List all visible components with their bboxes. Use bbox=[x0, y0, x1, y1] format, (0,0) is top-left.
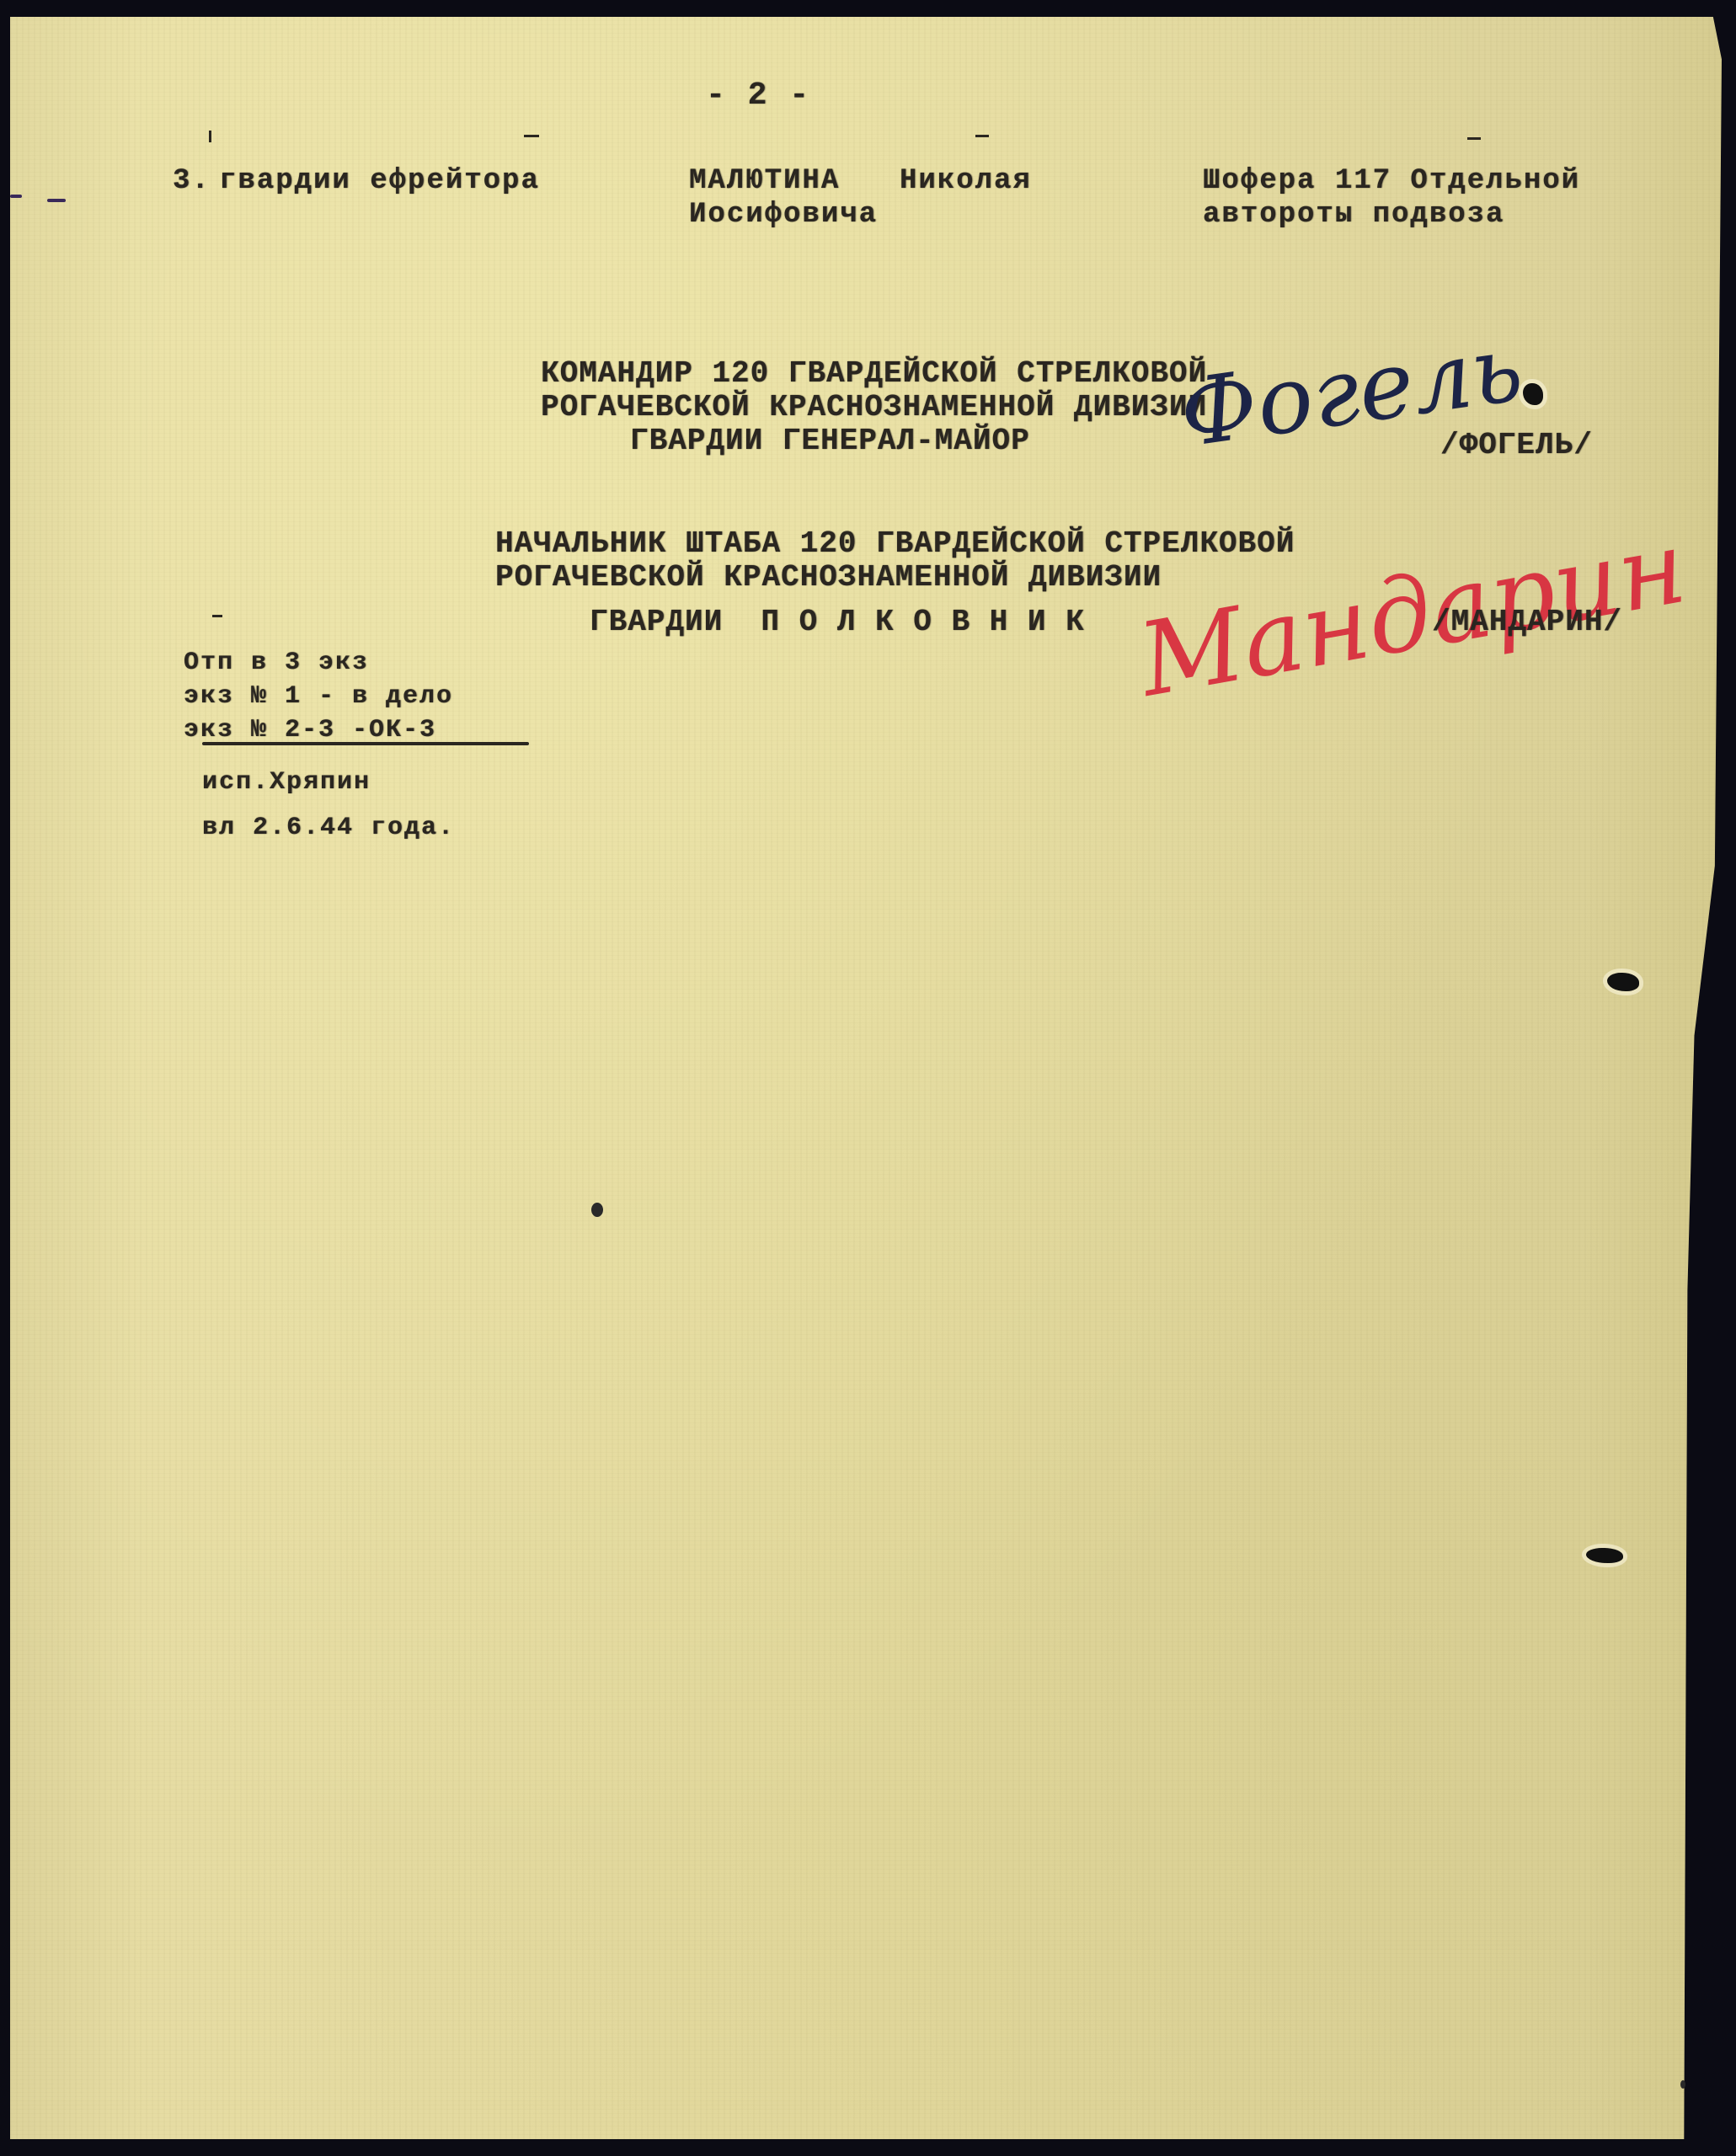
margin-mark bbox=[10, 195, 22, 198]
entry-position-line1: Шофера 117 Отдельной bbox=[1203, 165, 1580, 198]
entry-patronymic: Иосифовича bbox=[689, 199, 878, 232]
paper-speck bbox=[1680, 2080, 1685, 2089]
entry-first-name: Николая bbox=[900, 165, 1032, 198]
stray-mark bbox=[524, 135, 539, 137]
stray-mark bbox=[975, 135, 989, 137]
commander-name: /ФОГЕЛЬ/ bbox=[1440, 428, 1593, 462]
stray-mark bbox=[209, 131, 211, 142]
margin-mark bbox=[47, 199, 66, 202]
stray-mark bbox=[1467, 137, 1481, 140]
distribution-line3: экз № 2-3 -ОК-3 bbox=[184, 716, 436, 745]
stray-mark bbox=[212, 615, 222, 617]
distribution-underline bbox=[202, 742, 529, 745]
commander-title-line2: РОГАЧЕВСКОЙ КРАСНОЗНАМЕННОЙ ДИВИЗИИ bbox=[541, 390, 1207, 424]
distribution-line1: Отп в 3 экз bbox=[184, 648, 369, 678]
chief-of-staff-title-line1: НАЧАЛЬНИК ШТАБА 120 ГВАРДЕЙСКОЙ СТРЕЛКОВ… bbox=[495, 526, 1295, 561]
page-number: - 2 - bbox=[706, 77, 810, 115]
chief-of-staff-title-line2: РОГАЧЕВСКОЙ КРАСНОЗНАМЕННОЙ ДИВИЗИИ bbox=[495, 560, 1162, 595]
date-line: вл 2.6.44 года. bbox=[202, 814, 455, 843]
commander-rank: ГВАРДИИ ГЕНЕРАЛ-МАЙОР bbox=[630, 424, 1030, 458]
paper-speck bbox=[591, 1203, 603, 1217]
entry-number: 3. bbox=[173, 165, 211, 198]
entry-position-line2: автороты подвоза bbox=[1203, 199, 1504, 232]
entry-rank: гвардии ефрейтора bbox=[219, 165, 540, 198]
entry-surname: МАЛЮТИНА bbox=[689, 165, 840, 198]
commander-title-line1: КОМАНДИР 120 ГВАРДЕЙСКОЙ СТРЕЛКОВОЙ bbox=[541, 356, 1207, 391]
binding-hole bbox=[1523, 383, 1543, 405]
executor-line: исп.Хряпин bbox=[202, 768, 371, 798]
chief-of-staff-name: /МАНДАРИН/ bbox=[1432, 605, 1622, 639]
distribution-line2: экз № 1 - в дело bbox=[184, 682, 453, 712]
chief-of-staff-rank: ГВАРДИИ П О Л К О В Н И К bbox=[590, 605, 1085, 639]
